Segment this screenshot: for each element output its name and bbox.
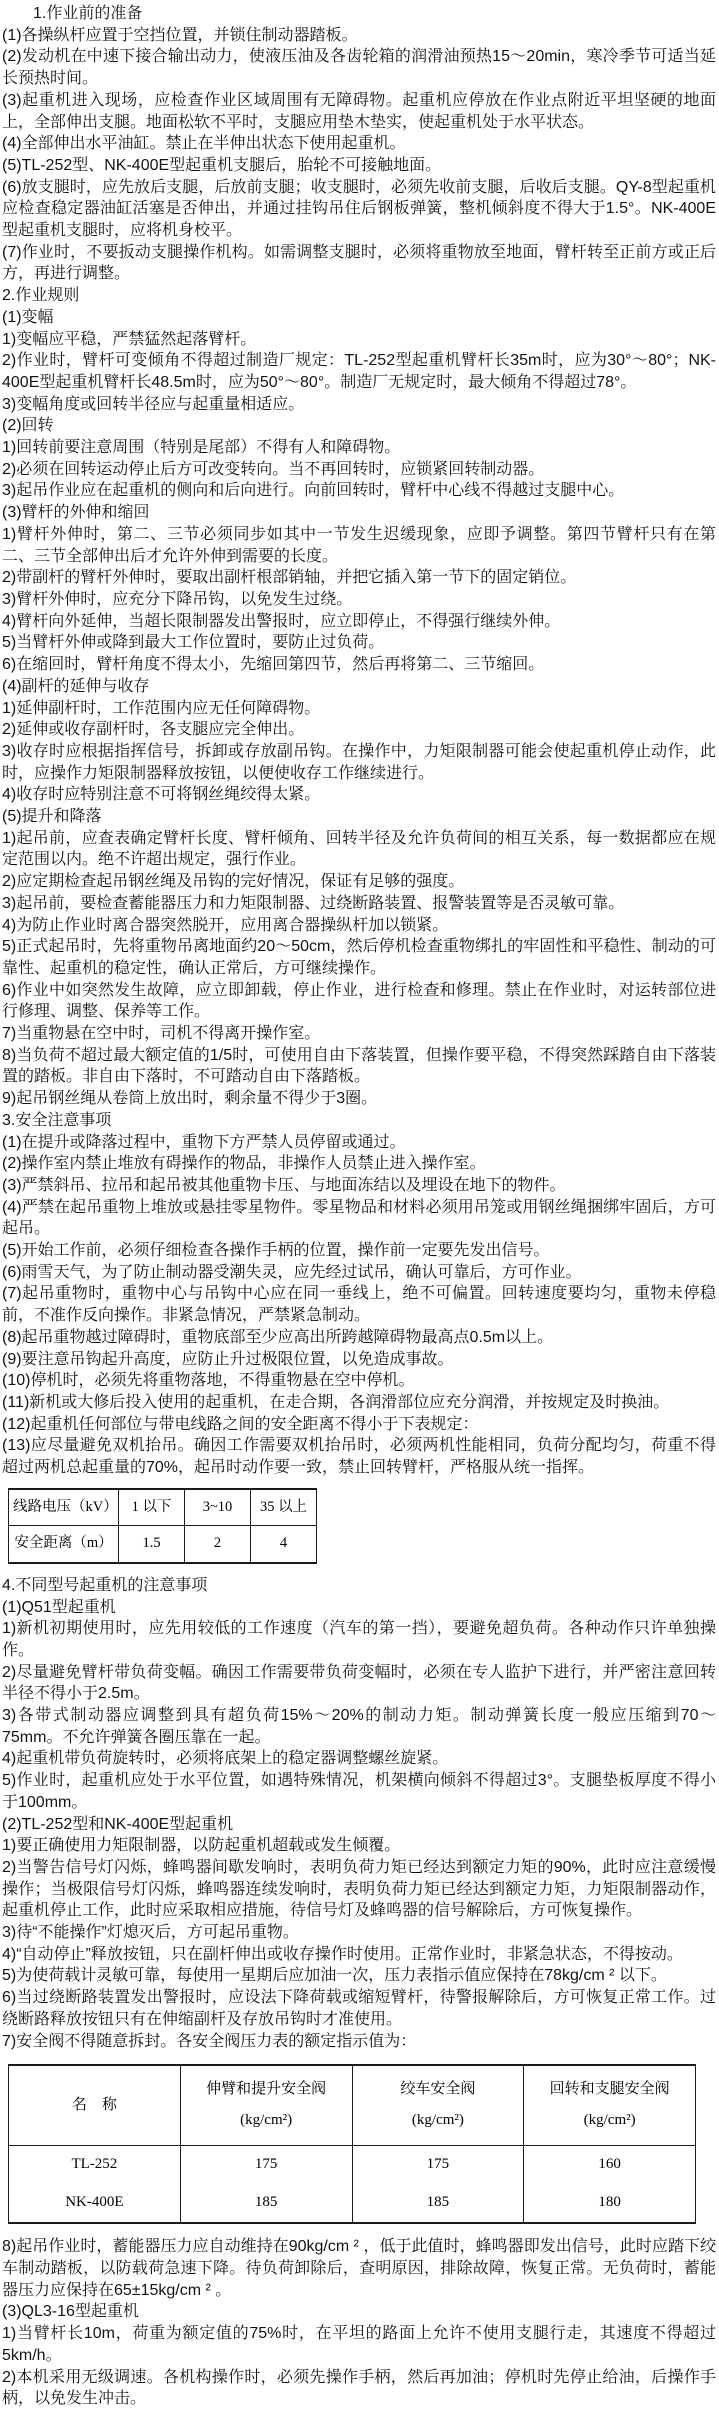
paragraph: 4)臂杆向外延伸，当超长限制器发出警报时，应立即停止，不得强行继续外伸。 <box>2 611 716 633</box>
paragraph: 2)尽量避免臂杆带负荷变幅。确因工作需要带负荷变幅时，必须在专人监护下进行，并严… <box>2 1662 716 1705</box>
paragraph: 8)起吊作业时，蓄能器压力应自动维持在90kg/cm ² ，低于此值时，蜂鸣器即… <box>2 2236 716 2301</box>
paragraph: 1)当臂杆长10m，荷重为额定值的75%时，在平坦的路面上允许不使用支腿行走，其… <box>2 2323 716 2366</box>
paragraph: (1)在提升或降落过程中，重物下方严禁人员停留或通过。 <box>2 1132 716 1154</box>
paragraph: 1)起吊前，应查表确定臂杆长度、臂杆倾角、回转半径及允许负荷间的相互关系，每一数… <box>2 828 716 871</box>
paragraph: 2)延伸或收存副杆时，各支腿应完全伸出。 <box>2 719 716 741</box>
table-row: 安全距离（m）1.524 <box>9 1526 317 1563</box>
paragraph: 6)作业中如突然发生故障，应立即卸载，停止作业，进行检查和修理。禁止在作业时，对… <box>2 980 716 1023</box>
column-unit: (kg/cm²) <box>185 2110 348 2132</box>
paragraph: 6)当过绕断路装置发出警报时，应设法下降荷载或缩短臂杆，待警报解除后，方可恢复正… <box>2 1987 716 2030</box>
paragraph: (3)QL3-16型起重机 <box>2 2301 716 2323</box>
paragraph: (3)起重机进入现场，应检查作业区域周围有无障碍物。起重机应停放在作业点附近平坦… <box>2 90 716 133</box>
table-cell: 1.5 <box>119 1526 185 1563</box>
paragraph: 6)在缩回时，臂杆角度不得太小，先缩回第四节，然后再将第二、三节缩回。 <box>2 654 716 676</box>
paragraph: 3)各带式制动器应调整到具有超负荷15%～20%的制动力矩。制动弹簧长度一般应压… <box>2 1705 716 1748</box>
table-header-cell: 绞车安全阀(kg/cm²) <box>352 2065 524 2145</box>
paragraph: (13)应尽量避免双机抬吊。确因工作需要双机抬吊时，必须两机性能相同，负荷分配均… <box>2 1435 716 1478</box>
paragraph: 3)起吊前，要检查蓄能器压力和力矩限制器、过绕断路装置、报警装置等是否灵敏可靠。 <box>2 893 716 915</box>
paragraph: 3)待“不能操作”灯熄灭后，方可起吊重物。 <box>2 1922 716 1944</box>
paragraph: 3)臂杆外伸时，应充分下降吊钩，以免发生过绕。 <box>2 589 716 611</box>
table-cell: 185 <box>180 2184 352 2223</box>
safety-valve-table: 名 称伸臂和提升安全阀(kg/cm²)绞车安全阀(kg/cm²)回转和支腿安全阀… <box>8 2064 696 2224</box>
paragraph: (2)操作室内禁止堆放有碍操作的物品，非操作人员禁止进入操作室。 <box>2 1153 716 1175</box>
paragraph: (7)起吊重物时，重物中心与吊钩中心应在同一垂线上，绝不可偏置。回转速度要均匀，… <box>2 1283 716 1326</box>
table-cell: 安全距离（m） <box>9 1526 119 1563</box>
paragraph: 4)为防止作业时离合器突然脱开，应用离合器操纵杆加以锁紧。 <box>2 915 716 937</box>
paragraph: (2)发动机在中速下接合输出动力，使液压油及各齿轮箱的润滑油预热15～20min… <box>2 46 716 89</box>
table-cell: NK-400E <box>9 2184 181 2223</box>
table-cell: 185 <box>352 2184 524 2223</box>
column-title: 伸臂和提升安全阀 <box>206 2081 326 2097</box>
column-title: 回转和支腿安全阀 <box>550 2081 670 2097</box>
paragraph: (7)作业时，不要扳动支腿操作机构。如需调整支腿时，必须将重物放至地面，臂杆转至… <box>2 242 716 285</box>
paragraph: (8)起吊重物越过障碍时，重物底部至少应高出所跨越障碍物最高点0.5m以上。 <box>2 1327 716 1349</box>
paragraph: 4)“自动停止”释放按钮，只在副杆伸出或收存操作时使用。正常作业时，非紧急状态，… <box>2 1944 716 1966</box>
paragraph: 4)收存时应特别注意不可将钢丝绳绞得太紧。 <box>2 784 716 806</box>
paragraph: (10)停机时，必须先将重物落地，不得重物悬在空中停机。 <box>2 1370 716 1392</box>
paragraph: 2)应定期检查起吊钢丝绳及吊钩的完好情况，保证有足够的强度。 <box>2 871 716 893</box>
paragraph: 1)新机初期使用时，应先用较低的工作速度（汽车的第一挡），要避免超负荷。各种动作… <box>2 1618 716 1661</box>
paragraph: 3)变幅角度或回转半径应与起重量相适应。 <box>2 394 716 416</box>
paragraph: 5)正式起吊时，先将重物吊离地面约20～50cm，然后停机检查重物绑扎的牢固性和… <box>2 936 716 979</box>
section-heading: 4.不同型号起重机的注意事项 <box>2 1575 716 1597</box>
paragraph: (4)严禁在起吊重物上堆放或悬挂零星物件。零星物品和材料必须用吊笼或用钢丝绳捆绑… <box>2 1197 716 1240</box>
paragraph: (11)新机或大修后投入使用的起重机，在走合期，各润滑部位应充分润滑，并按规定及… <box>2 1392 716 1414</box>
section-heading: 2.作业规则 <box>2 285 716 307</box>
paragraph: (1)变幅 <box>2 307 716 329</box>
table-cell: TL-252 <box>9 2145 181 2184</box>
paragraph: 2)作业时，臂杆可变倾角不得超过制造厂规定：TL-252型起重机臂杆长35m时，… <box>2 350 716 393</box>
table-row: NK-400E185185180 <box>9 2184 696 2223</box>
paragraph: 8)当负荷不超过最大额定值的1/5时，可使用自由下落装置，但操作要平稳，不得突然… <box>2 1045 716 1088</box>
table-cell: 175 <box>180 2145 352 2184</box>
paragraph: 2)当警告信号灯闪烁，蜂鸣器间歇发响时，表明负荷力矩已经达到额定力矩的90%，此… <box>2 1857 716 1922</box>
table-cell: 180 <box>524 2184 696 2223</box>
paragraph: 1)变幅应平稳，严禁猛然起落臂杆。 <box>2 329 716 351</box>
paragraph: (1)各操纵杆应置于空挡位置，并锁住制动器踏板。 <box>2 25 716 47</box>
paragraph: (3)臂杆的外伸和缩回 <box>2 502 716 524</box>
paragraph: 2)带副杆的臂杆外伸时，要取出副杆根部销轴，并把它插入第一节下的固定销位。 <box>2 567 716 589</box>
section-heading: 1.作业前的准备 <box>2 3 716 25</box>
paragraph: 7)安全阀不得随意拆封。各安全阀压力表的额定指示值为： <box>2 2031 716 2053</box>
paragraph: (4)副杆的延伸与收存 <box>2 676 716 698</box>
table-cell: 175 <box>352 2145 524 2184</box>
paragraph: (2)回转 <box>2 415 716 437</box>
paragraph: (2)TL-252型和NK-400E型起重机 <box>2 1814 716 1836</box>
column-title: 名 称 <box>72 2097 117 2113</box>
paragraph: 1)回转前要注意周围（特别是尾部）不得有人和障碍物。 <box>2 437 716 459</box>
paragraph: (6)雨雪天气，为了防止制动器受潮失灵，应先经过试吊，确认可靠后，方可作业。 <box>2 1262 716 1284</box>
paragraph: 3)起吊作业应在起重机的侧向和后向进行。向前回转时，臂杆中心线不得越过支腿中心。 <box>2 480 716 502</box>
paragraph: (6)放支腿时，应先放后支腿，后放前支腿；收支腿时，必须先收前支腿，后收后支腿。… <box>2 177 716 242</box>
document-body: 1.作业前的准备(1)各操纵杆应置于空挡位置，并锁住制动器踏板。(2)发动机在中… <box>0 0 719 2418</box>
table-cell: 3~10 <box>185 1489 251 1526</box>
safety-distance-table: 线路电压（kV）1 以下3~1035 以上安全距离（m）1.524 <box>8 1488 317 1564</box>
paragraph: (5)开始工作前，必须仔细检查各操作手柄的位置，操作前一定要先发出信号。 <box>2 1240 716 1262</box>
paragraph: 4)起重机带负荷旋转时，必须将底架上的稳定器调整螺丝旋紧。 <box>2 1748 716 1770</box>
paragraph: 5)作业时，起重机应处于水平位置，如遇特殊情况，机架横向倾斜不得超过3°。支腿垫… <box>2 1770 716 1813</box>
paragraph: 7)当重物悬在空中时，司机不得离开操作室。 <box>2 1023 716 1045</box>
table-cell: 2 <box>185 1526 251 1563</box>
paragraph: 5)当臂杆外伸或降到最大工作位置时，要防止过负荷。 <box>2 632 716 654</box>
paragraph: (5)TL-252型、NK-400E型起重机支腿后，胎轮不可接触地面。 <box>2 155 716 177</box>
paragraph: 1)要正确使用力矩限制器，以防起重机超载或发生倾覆。 <box>2 1835 716 1857</box>
table-row: 线路电压（kV）1 以下3~1035 以上 <box>9 1489 317 1526</box>
paragraph: (9)要注意吊钩起升高度，应防止升过极限位置，以免造成事故。 <box>2 1349 716 1371</box>
table-header-cell: 伸臂和提升安全阀(kg/cm²) <box>180 2065 352 2145</box>
paragraph: (5)提升和降落 <box>2 806 716 828</box>
paragraph: (3)严禁斜吊、拉吊和起吊被其他重物卡压、与地面冻结以及埋设在地下的物件。 <box>2 1175 716 1197</box>
column-title: 绞车安全阀 <box>400 2081 475 2097</box>
table-header-cell: 回转和支腿安全阀(kg/cm²) <box>524 2065 696 2145</box>
paragraph: (1)Q51型起重机 <box>2 1597 716 1619</box>
column-unit: (kg/cm²) <box>528 2110 691 2132</box>
table-cell: 4 <box>251 1526 317 1563</box>
table-cell: 160 <box>524 2145 696 2184</box>
column-unit: (kg/cm²) <box>357 2110 520 2132</box>
paragraph: 3)收存时应根据指挥信号，拆卸或存放副吊钩。在操作中，力矩限制器可能会使起重机停… <box>2 741 716 784</box>
paragraph: (12)起重机任何部位与带电线路之间的安全距离不得小于下表规定： <box>2 1414 716 1436</box>
table-row: TL-252175175160 <box>9 2145 696 2184</box>
table-cell: 1 以下 <box>119 1489 185 1526</box>
paragraph: 2)必须在回转运动停止后方可改变转向。当不再回转时，应锁紧回转制动器。 <box>2 459 716 481</box>
paragraph: 9)起吊钢丝绳从卷筒上放出时，剩余量不得少于3圈。 <box>2 1088 716 1110</box>
table-header-cell: 名 称 <box>9 2065 181 2145</box>
paragraph: (4)全部伸出水平油缸。禁止在半伸出状态下使用起重机。 <box>2 133 716 155</box>
table-cell: 线路电压（kV） <box>9 1489 119 1526</box>
paragraph: 5)为使荷载计灵敏可靠，每使用一星期后应加油一次，压力表指示值应保持在78kg/… <box>2 1965 716 1987</box>
paragraph: 1)延伸副杆时，工作范围内应无任何障碍物。 <box>2 698 716 720</box>
paragraph: 1)臂杆外伸时，第二、三节必须同步如其中一节发生迟缓现象，应即予调整。第四节臂杆… <box>2 524 716 567</box>
paragraph: 2)本机采用无级调速。各机构操作时，必须先操作手柄，然后再加油；停机时先停止给油… <box>2 2367 716 2410</box>
table-cell: 35 以上 <box>251 1489 317 1526</box>
section-heading: 3.安全注意事项 <box>2 1110 716 1132</box>
